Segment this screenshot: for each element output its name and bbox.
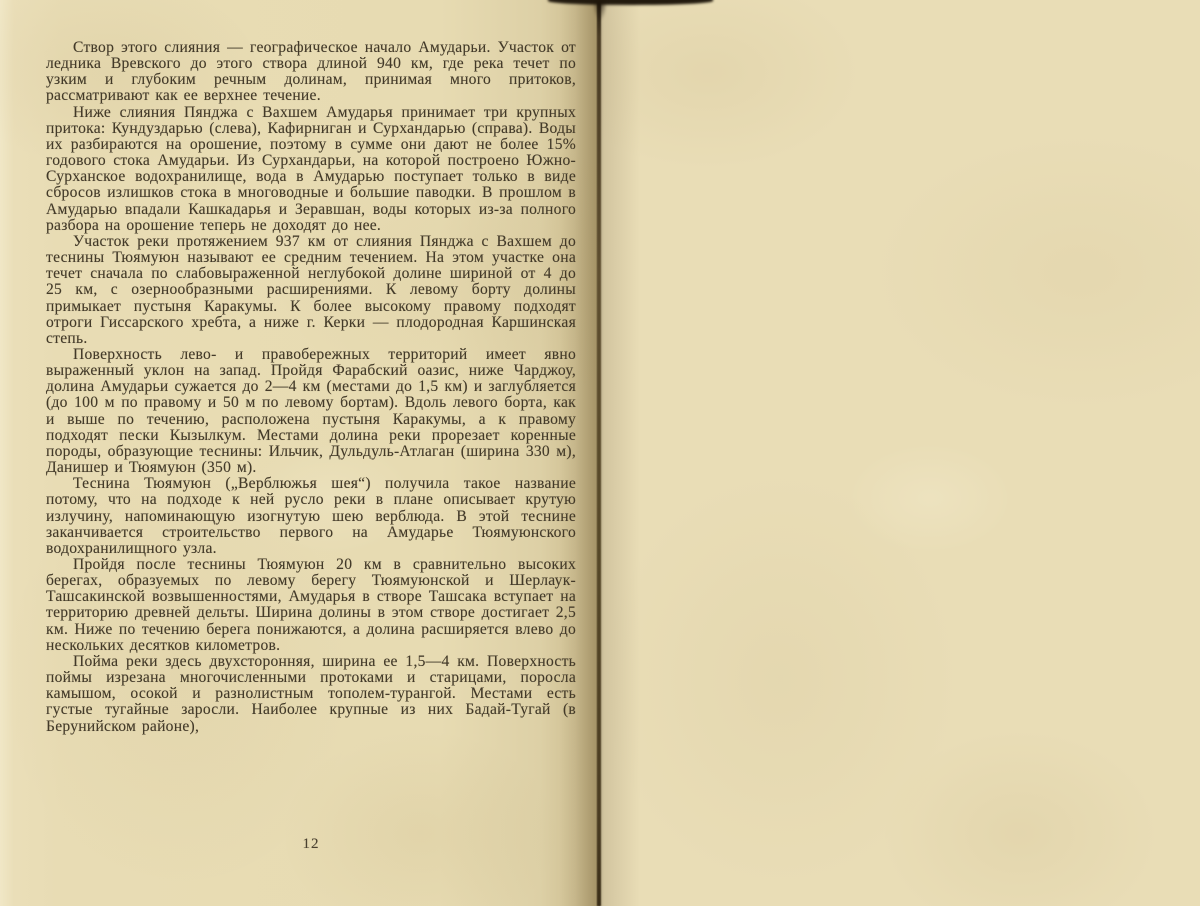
- left-page-number: 12: [46, 836, 576, 853]
- paragraph: Створ этого слияния — географическое нач…: [46, 40, 576, 105]
- paragraph: Пойма реки здесь двухсторонняя, ширина е…: [46, 654, 576, 735]
- paragraph: Теснина Тюямуюн („Верблюжья шея“) получи…: [46, 476, 576, 557]
- gutter-crease-line: [597, 0, 601, 906]
- book-spread: Створ этого слияния — географическое нач…: [0, 0, 1200, 906]
- left-page-text: Створ этого слияния — географическое нач…: [46, 40, 576, 735]
- binding-shadow-notch: [593, 0, 607, 30]
- paragraph: Участок реки протяжением 937 км от слиян…: [46, 234, 576, 347]
- paragraph: Ниже слияния Пянджа с Вахшем Амударья пр…: [46, 105, 576, 234]
- right-page: Алтынкульский тугай (в Гурленском районе…: [600, 0, 1200, 906]
- paragraph: Пройдя после теснины Тюямуюн 20 км в сра…: [46, 557, 576, 654]
- left-page: Створ этого слияния — географическое нач…: [0, 0, 600, 906]
- paragraph: Поверхность лево- и правобережных террит…: [46, 347, 576, 476]
